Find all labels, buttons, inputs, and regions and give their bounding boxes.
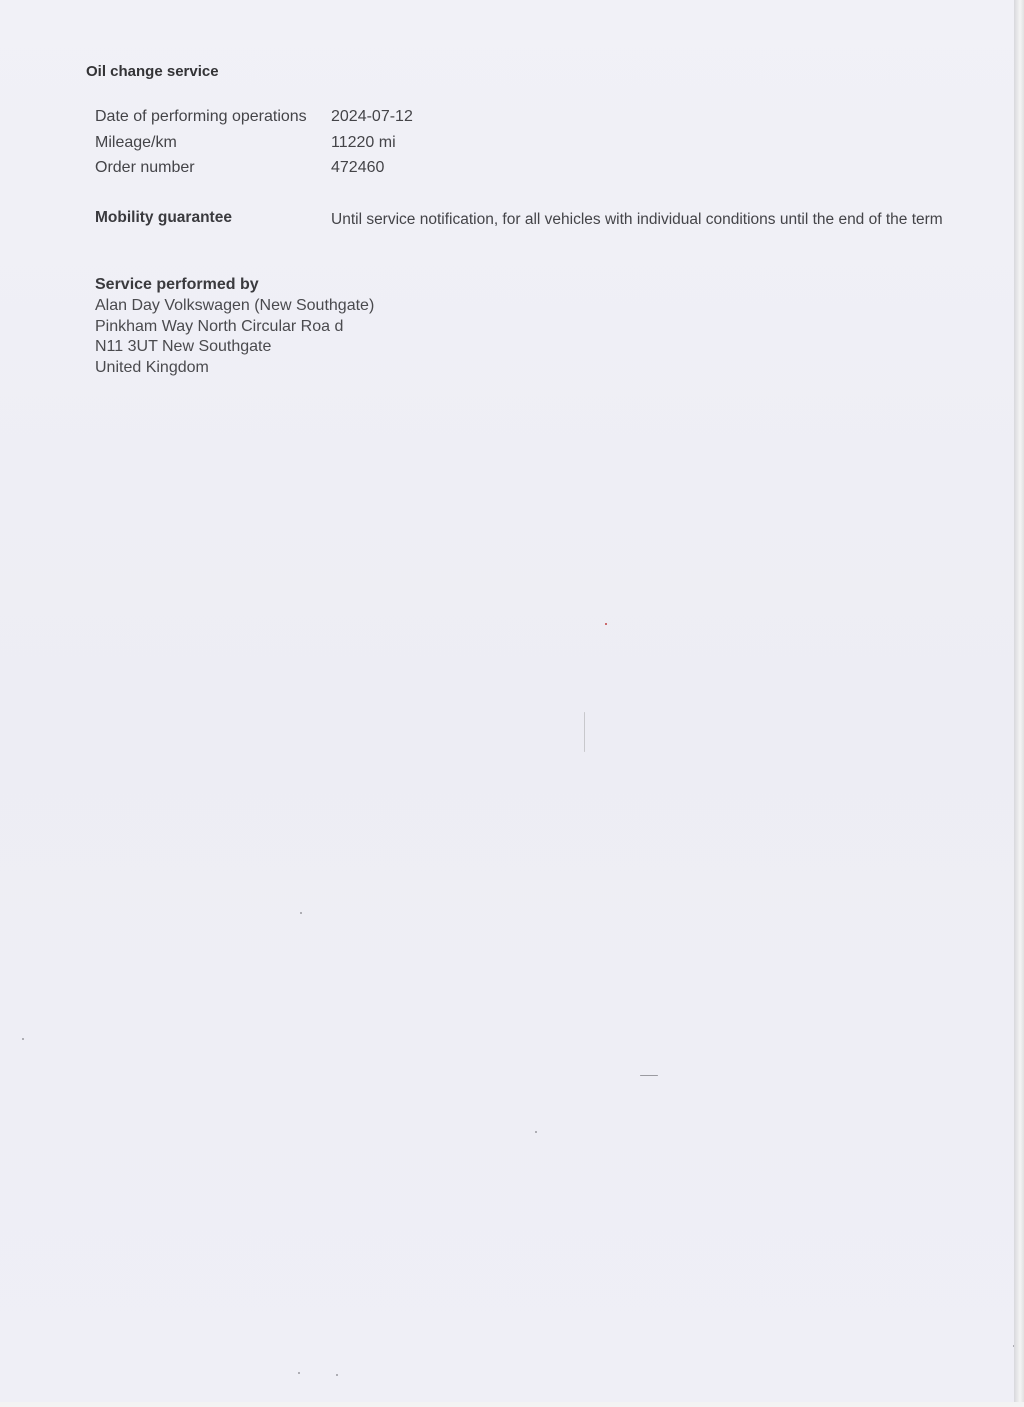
detail-row-order-number: Order number 472460 (95, 159, 331, 177)
scan-speck (584, 712, 585, 752)
page-edge-right (1014, 0, 1024, 1407)
scan-speck (298, 1372, 300, 1374)
dealer-address: Alan Day Volkswagen (New Southgate) Pink… (95, 296, 374, 378)
detail-label: Order number (95, 159, 331, 177)
address-line-country: United Kingdom (95, 358, 374, 379)
detail-label: Mileage/km (95, 134, 331, 152)
document-title: Oil change service (86, 63, 219, 80)
detail-row-date: Date of performing operations 2024-07-12 (95, 108, 331, 126)
detail-row-mileage: Mileage/km 11220 mi (95, 134, 331, 152)
detail-value: 472460 (331, 159, 384, 177)
scan-speck (300, 912, 302, 914)
detail-value: 2024-07-12 (331, 108, 413, 126)
scanned-page: Oil change service Date of performing op… (0, 0, 1014, 1402)
page-edge-bottom (0, 1402, 1024, 1407)
detail-value: 11220 mi (331, 134, 396, 152)
scan-speck (535, 1131, 537, 1133)
address-line-dealer: Alan Day Volkswagen (New Southgate) (95, 296, 374, 317)
mobility-guarantee-label: Mobility guarantee (95, 209, 232, 227)
address-line-postcode: N11 3UT New Southgate (95, 337, 374, 358)
scan-speck (605, 623, 607, 625)
detail-label: Date of performing operations (95, 108, 331, 126)
scan-speck (22, 1038, 24, 1040)
scan-speck (336, 1374, 338, 1376)
mobility-guarantee-value: Until service notification, for all vehi… (331, 209, 961, 230)
service-performed-by-heading: Service performed by (95, 276, 259, 294)
scan-speck (640, 1075, 658, 1076)
address-line-street: Pinkham Way North Circular Roa d (95, 317, 374, 338)
